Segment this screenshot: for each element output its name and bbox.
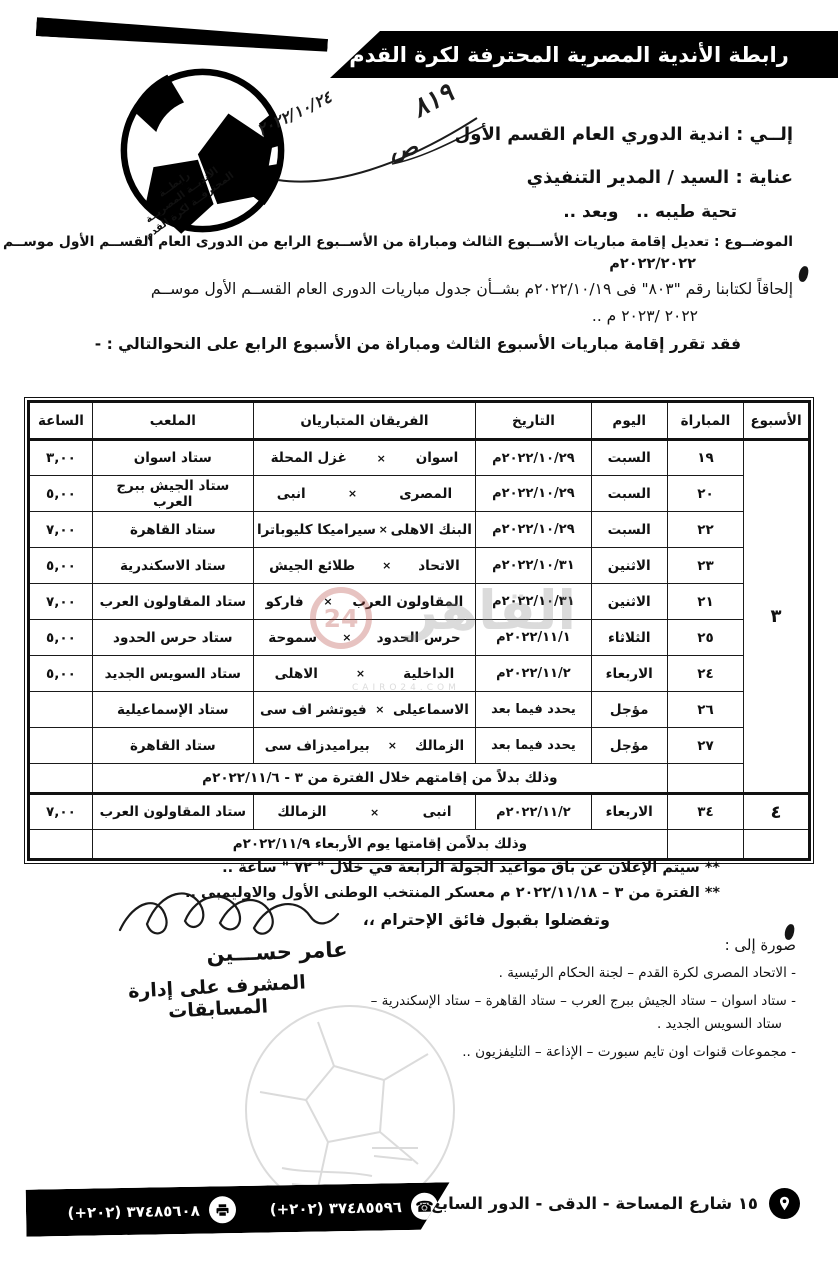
empty-cell: [667, 764, 743, 794]
match-stadium: ستاد الاسكندرية: [92, 548, 253, 584]
org-banner: رابطة الأندية المصرية المحترفة لكرة القد…: [330, 31, 838, 78]
match-date: ٢٠٢٢/١١/٢م: [476, 794, 591, 830]
home-team: انبى: [423, 804, 452, 820]
match-date: ٢٠٢٢/١١/٢م: [476, 656, 591, 692]
match-teams: البنك الاهلى×سيراميكا كليوباترا: [253, 512, 476, 548]
match-number: ١٩: [667, 440, 743, 476]
away-team: فيوتشر اف سى: [260, 702, 367, 718]
match-day: مؤجل: [591, 728, 667, 764]
match-date: ٢٠٢٢/١١/١م: [476, 620, 591, 656]
match-number: ٢٥: [667, 620, 743, 656]
home-team: الاتحاد: [418, 558, 459, 574]
away-team: غزل المحلة: [271, 450, 347, 466]
match-teams: الاتحاد×طلائع الجيش: [253, 548, 476, 584]
away-team: سيراميكا كليوباترا: [257, 522, 376, 538]
letter-decision: فقد تقرر إقامة مباريات الأسبوع الثالث وم…: [33, 335, 793, 353]
match-stadium: ستاد المقاولون العرب: [92, 584, 253, 620]
table-row: ٣ ١٩ السبت ٢٠٢٢/١٠/٢٩م اسوان×غزل المحلة …: [29, 440, 810, 476]
col-date: التاريخ: [476, 402, 591, 440]
footer-fax: (+٢٠٢) ٣٧٤٨٥٦٠٨: [67, 1201, 200, 1221]
col-week: الأسبوع: [744, 402, 810, 440]
match-number: ٢٧: [667, 728, 743, 764]
match-day: الثلاثاء: [591, 620, 667, 656]
home-team: الداخلية: [403, 666, 454, 682]
vs-symbol: ×: [375, 703, 384, 716]
match-number: ٣٤: [667, 794, 743, 830]
match-day: السبت: [591, 440, 667, 476]
home-team: حرس الحدود: [377, 630, 461, 646]
match-number: ٢٦: [667, 692, 743, 728]
match-day: مؤجل: [591, 692, 667, 728]
vs-symbol: ×: [356, 667, 365, 680]
match-number: ٢٠: [667, 476, 743, 512]
header-decoration-strip: [36, 17, 329, 54]
match-number: ٢٢: [667, 512, 743, 548]
vs-symbol: ×: [370, 806, 379, 819]
week4-note: وذلك بدلاًمن إقامتها يوم الأربعاء ٢٠٢٢/١…: [92, 830, 667, 860]
match-teams: الاسماعيلى×فيوتشر اف سى: [253, 692, 476, 728]
match-stadium: ستاد الجيش ببرج العرب: [92, 476, 253, 512]
away-team: الاهلى: [275, 666, 318, 682]
match-time: ٣,٠٠: [29, 440, 93, 476]
match-date: ٢٠٢٢/١٠/٣١م: [476, 584, 591, 620]
match-date: ٢٠٢٢/١٠/٢٩م: [476, 512, 591, 548]
match-number: ٢٣: [667, 548, 743, 584]
empty-cell: [29, 830, 93, 860]
home-team: الزمالك: [415, 738, 464, 754]
match-stadium: ستاد اسوان: [92, 440, 253, 476]
match-stadium: ستاد القاهرة: [92, 728, 253, 764]
home-team: اسوان: [416, 450, 459, 466]
empty-cell: [744, 830, 810, 860]
letter-subject-season: ٢٠٢٢/٢٠٢٢م: [33, 256, 793, 272]
table-row: ٤ ٣٤ الاربعاء ٢٠٢٢/١١/٢م انبى×الزمالك ست…: [29, 794, 810, 830]
match-date: ٢٠٢٢/١٠/٢٩م: [476, 440, 591, 476]
match-stadium: ستاد الإسماعيلية: [92, 692, 253, 728]
match-time: [29, 692, 93, 728]
ink-mark: [798, 265, 809, 282]
match-time: [29, 728, 93, 764]
match-date: ٢٠٢٢/١٠/٢٩م: [476, 476, 591, 512]
table-row: ٢٦ مؤجل يحدد فيما بعد الاسماعيلى×فيوتشر …: [29, 692, 810, 728]
match-schedule-table: الأسبوع المباراة اليوم التاريخ الفريقان …: [27, 400, 811, 861]
cc-label: صورة إلى :: [364, 936, 796, 954]
match-time: ٥,٠٠: [29, 620, 93, 656]
week3-note: وذلك بدلاً من إقامتهم خلال الفترة من ٣ -…: [92, 764, 667, 794]
match-teams: حرس الحدود×سموحة: [253, 620, 476, 656]
footer-contact-banner: ☎ (+٢٠٢) ٣٧٤٨٥٥٩٦ (+٢٠٢) ٣٧٤٨٥٦٠٨: [26, 1182, 451, 1236]
match-time: ٥,٠٠: [29, 548, 93, 584]
match-stadium: ستاد السويس الجديد: [92, 656, 253, 692]
match-day: الاربعاء: [591, 656, 667, 692]
org-name: رابطة الأندية المصرية المحترفة لكرة القد…: [349, 43, 819, 67]
week3-note-row: وذلك بدلاً من إقامتهم خلال الفترة من ٣ -…: [29, 764, 810, 794]
match-time: ٧,٠٠: [29, 512, 93, 548]
week-number: ٤: [744, 794, 810, 830]
col-day: اليوم: [591, 402, 667, 440]
vs-symbol: ×: [348, 487, 357, 500]
table-row: ٢١ الاثنين ٢٠٢٢/١٠/٣١م المقاولون العرب×ف…: [29, 584, 810, 620]
away-team: فاركو: [266, 594, 304, 610]
footer-phone: (+٢٠٢) ٣٧٤٨٥٥٩٦: [270, 1198, 403, 1218]
home-team: الاسماعيلى: [393, 702, 469, 718]
empty-cell: [667, 830, 743, 860]
match-day: السبت: [591, 476, 667, 512]
match-number: ٢٤: [667, 656, 743, 692]
match-number: ٢١: [667, 584, 743, 620]
signatory-name: عامر حســـين: [192, 937, 363, 967]
away-team: طلائع الجيش: [269, 558, 355, 574]
col-match: المباراة: [667, 402, 743, 440]
match-date: يحدد فيما بعد: [476, 728, 591, 764]
match-date: يحدد فيما بعد: [476, 692, 591, 728]
match-time: ٥,٠٠: [29, 656, 93, 692]
match-day: الاربعاء: [591, 794, 667, 830]
match-time: ٧,٠٠: [29, 794, 93, 830]
away-team: الزمالك: [277, 804, 326, 820]
match-teams: اسوان×غزل المحلة: [253, 440, 476, 476]
table-header-row: الأسبوع المباراة اليوم التاريخ الفريقان …: [29, 402, 810, 440]
match-teams: الزمالك×بيراميدزاف سى: [253, 728, 476, 764]
letter-reference: إلحاقاً لكتابنا رقم "٨٠٣" فى ٢٠٢٢/١٠/١٩م…: [33, 280, 793, 298]
letter-body: إلــي : اندية الدوري العام القسم الأول ع…: [33, 124, 793, 353]
letter-attn-line: عناية : السيد / المدير التنفيذي: [33, 167, 793, 188]
vs-symbol: ×: [379, 523, 388, 536]
letter-subject: الموضــوع : تعديل إقامة مباريات الأســبو…: [33, 232, 793, 253]
week4-note-row: وذلك بدلاًمن إقامتها يوم الأربعاء ٢٠٢٢/١…: [29, 830, 810, 860]
col-teams: الفريقان المتباريان: [253, 402, 476, 440]
home-team: المصرى: [399, 486, 452, 502]
table-row: ٢٠ السبت ٢٠٢٢/١٠/٢٩م المصرى×انبى ستاد ال…: [29, 476, 810, 512]
away-team: بيراميدزاف سى: [265, 738, 370, 754]
vs-symbol: ×: [342, 631, 351, 644]
match-stadium: ستاد القاهرة: [92, 512, 253, 548]
match-date: ٢٠٢٢/١٠/٣١م: [476, 548, 591, 584]
vs-symbol: ×: [382, 559, 391, 572]
col-time: الساعة: [29, 402, 93, 440]
match-time: ٥,٠٠: [29, 476, 93, 512]
match-teams: انبى×الزمالك: [253, 794, 476, 830]
table-row: ٢٥ الثلاثاء ٢٠٢٢/١١/١م حرس الحدود×سموحة …: [29, 620, 810, 656]
closing-line: وتفضلوا بقبول فائق الإحترام ،،: [363, 910, 610, 929]
letter-to-line: إلــي : اندية الدوري العام القسم الأول: [33, 124, 793, 145]
col-stadium: الملعب: [92, 402, 253, 440]
cc-item: الاتحاد المصرى لكرة القدم – لجنة الحكام …: [364, 962, 796, 984]
match-day: الاثنين: [591, 584, 667, 620]
home-team: البنك الاهلى: [391, 522, 472, 538]
printer-icon: [209, 1196, 236, 1223]
match-time: ٧,٠٠: [29, 584, 93, 620]
vs-symbol: ×: [388, 739, 397, 752]
week-number: ٣: [744, 440, 810, 794]
match-teams: الداخلية×الاهلى: [253, 656, 476, 692]
pin-icon: [769, 1188, 800, 1219]
match-stadium: ستاد حرس الحدود: [92, 620, 253, 656]
vs-symbol: ×: [323, 595, 332, 608]
table-row: ٢٢ السبت ٢٠٢٢/١٠/٢٩م البنك الاهلى×سيرامي…: [29, 512, 810, 548]
away-team: انبى: [277, 486, 306, 502]
table-row: ٢٧ مؤجل يحدد فيما بعد الزمالك×بيراميدزاف…: [29, 728, 810, 764]
table-row: ٢٣ الاثنين ٢٠٢٢/١٠/٣١م الاتحاد×طلائع الج…: [29, 548, 810, 584]
match-day: الاثنين: [591, 548, 667, 584]
match-day: السبت: [591, 512, 667, 548]
table-row: ٢٤ الاربعاء ٢٠٢٢/١١/٢م الداخلية×الاهلى س…: [29, 656, 810, 692]
letter-greeting: تحية طيبه .. وبعد ..: [33, 202, 737, 222]
vs-symbol: ×: [377, 452, 386, 465]
letter-reference-season: ٢٠٢٢ /٢٠٢٣ م ..: [33, 307, 793, 325]
home-team: المقاولون العرب: [352, 594, 463, 610]
empty-cell: [29, 764, 93, 794]
match-teams: المقاولون العرب×فاركو: [253, 584, 476, 620]
scanned-letter-page: { "banner": { "org_name": "رابطة الأندية…: [0, 0, 838, 1264]
match-teams: المصرى×انبى: [253, 476, 476, 512]
away-team: سموحة: [268, 630, 317, 646]
match-stadium: ستاد المقاولون العرب: [92, 794, 253, 830]
